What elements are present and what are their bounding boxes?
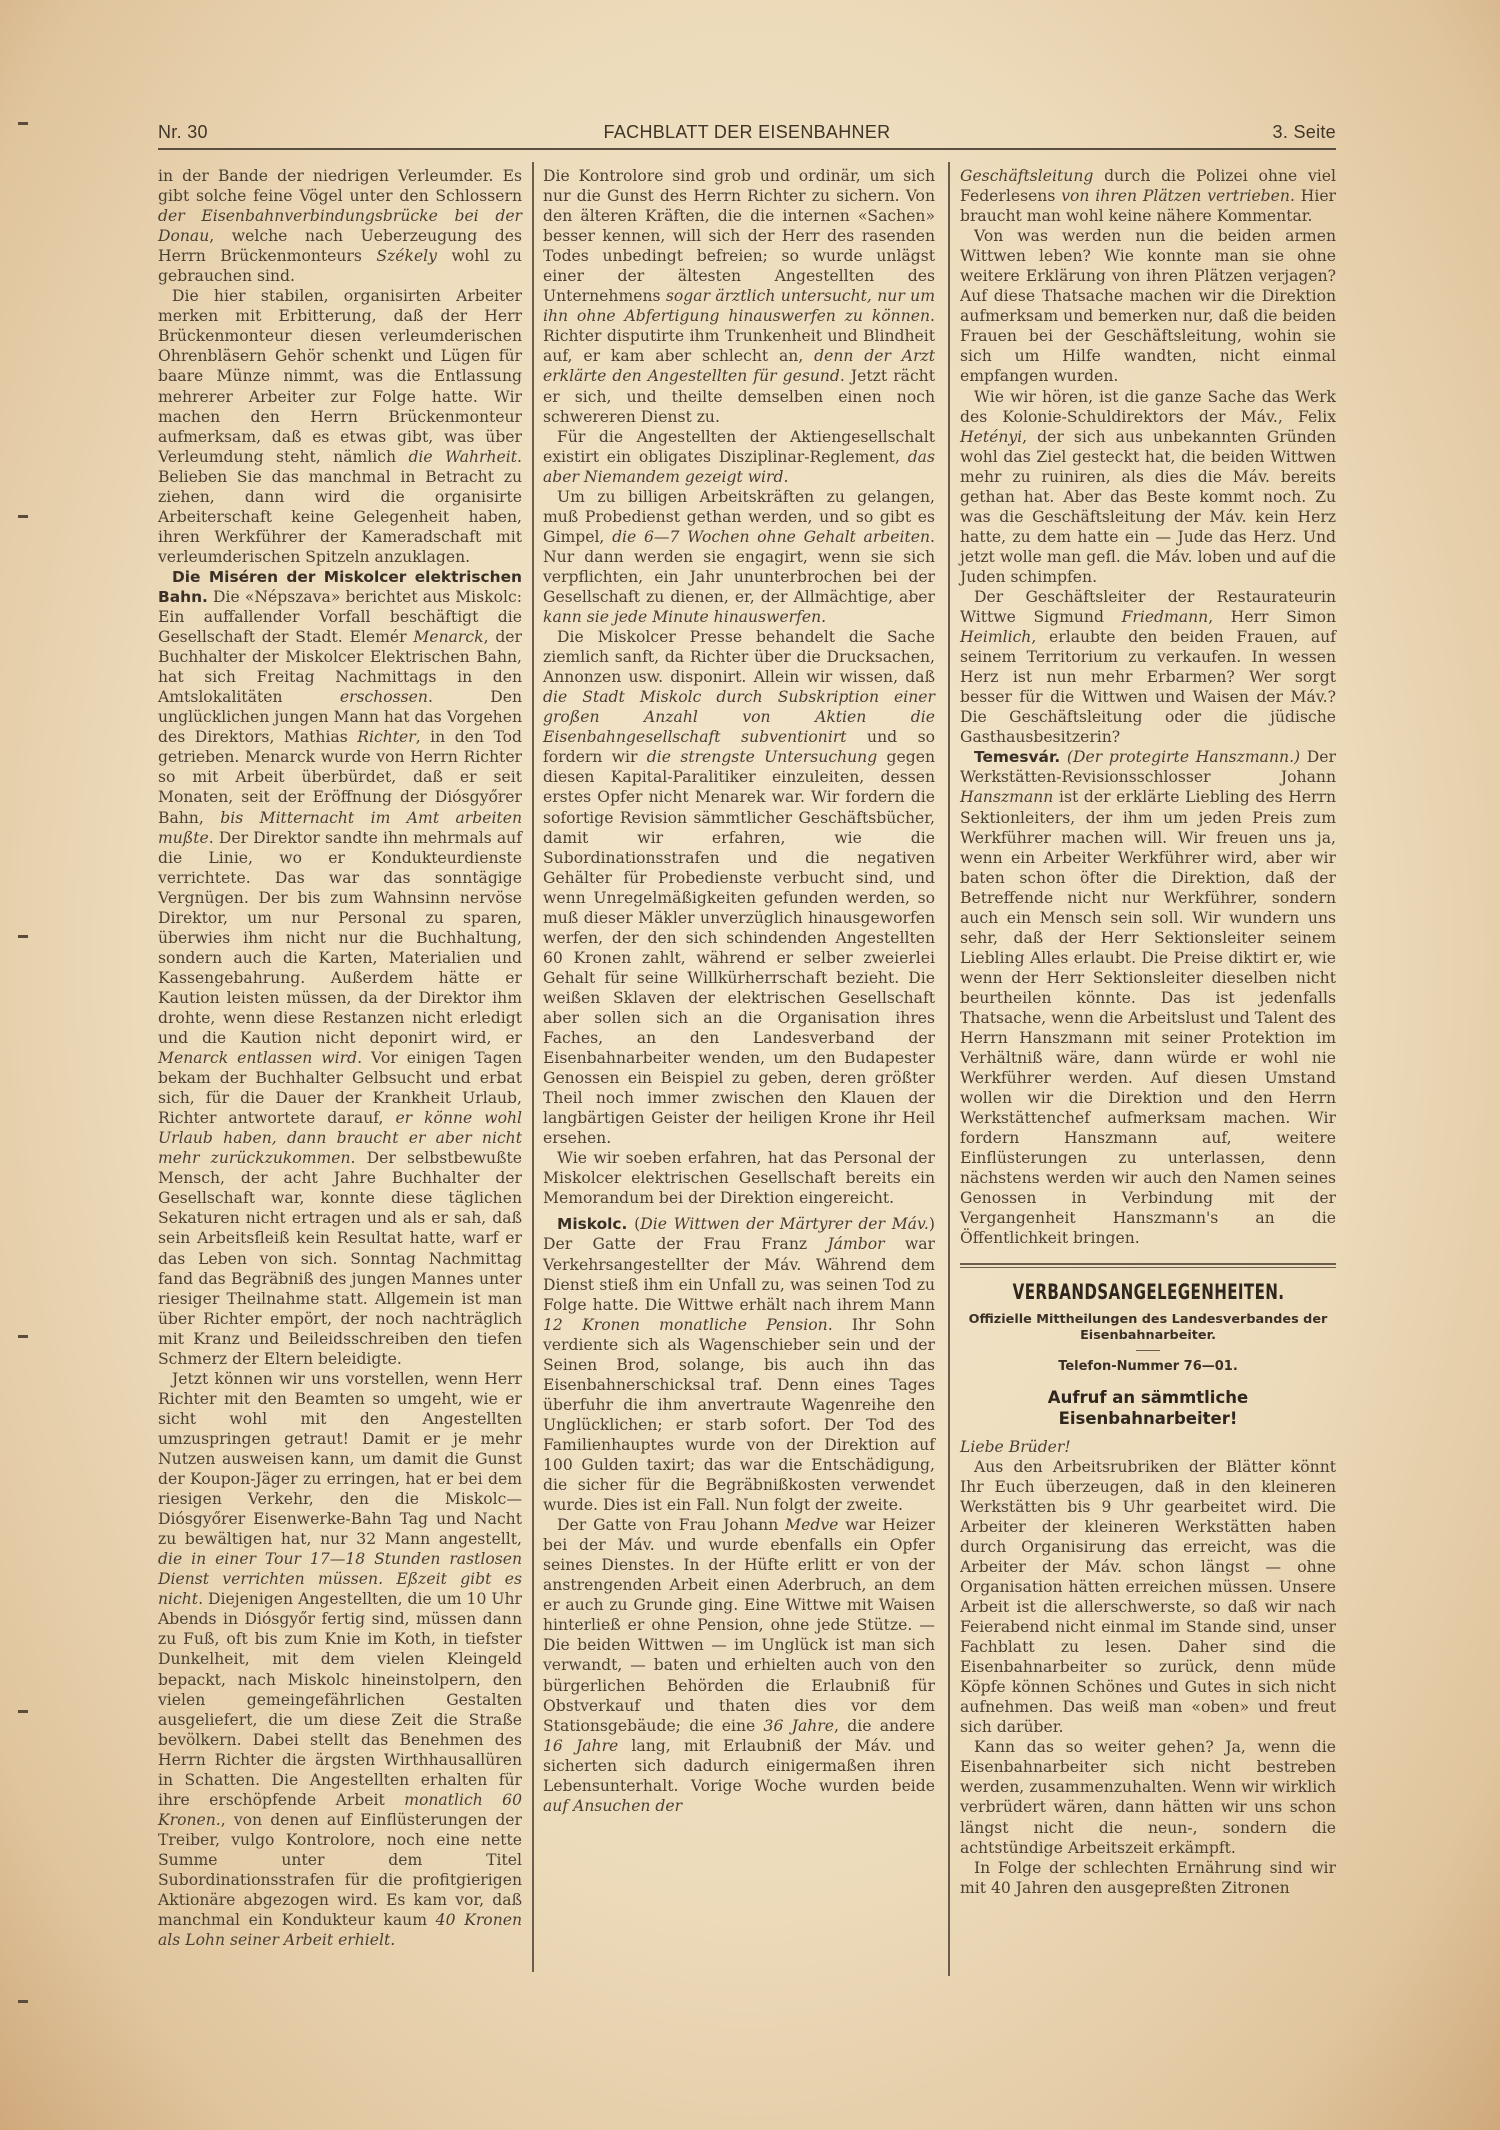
body-text: Die Miskolcer Presse behandelt die Sache… (543, 628, 935, 686)
article-paragraph: Temesvár. (Der protegirte Hanszmann.) De… (960, 747, 1336, 1248)
phone-number: Telefon-Nummer 76—01. (960, 1357, 1336, 1377)
article-column-3: Geschäftsleitung durch die Polizei ohne … (960, 166, 1336, 1898)
newspaper-page: Nr. 30 FACHBLATT DER EISENBAHNER 3. Seit… (0, 0, 1500, 2130)
body-text: , der sich aus unbekannten Gründen wohl … (960, 428, 1336, 586)
article-paragraph: Die hier stabilen, organisirten Arbeiter… (158, 286, 522, 567)
emphasis-text: Richter (357, 728, 415, 746)
body-text: Kann das so weiter gehen? Ja, wenn die E… (960, 1738, 1336, 1856)
appeal-heading: Aufruf an sämmtliche Eisenbahnarbeiter! (960, 1387, 1336, 1429)
emphasis-text: 12 Kronen monatliche Pension (543, 1316, 828, 1334)
article-paragraph: Für die Angestellten der Aktiengesellsch… (543, 427, 935, 487)
article-paragraph: Geschäftsleitung durch die Polizei ohne … (960, 166, 1336, 226)
body-text: , die andere (834, 1717, 935, 1735)
emphasis-text: Medve (785, 1516, 838, 1534)
article-paragraph: Jetzt können wir uns vorstellen, wenn He… (158, 1369, 522, 1950)
body-text: Von was werden nun die beiden armen Witt… (960, 227, 1336, 385)
body-text: Jetzt können wir uns vorstellen, wenn He… (158, 1370, 522, 1548)
emphasis-text: kann sie jede Minute hinauswerfen. (543, 608, 826, 626)
emphasis-text: Hetényi (960, 428, 1022, 446)
article-paragraph: Die Kontrolore sind grob und ordinär, um… (543, 166, 935, 427)
body-text: Wie wir hören, ist die ganze Sache das W… (960, 388, 1336, 426)
section-title: VERBANDSANGELEGENHEITEN. (1013, 1282, 1284, 1302)
emphasis-text: die 6—7 Wochen ohne Gehalt arbeiten (612, 528, 930, 546)
emphasis-text: die Wahrheit (408, 448, 517, 466)
article-paragraph: Wie wir soeben erfahren, hat das Persona… (543, 1148, 935, 1208)
scan-margin-mark (18, 515, 28, 518)
article-heading: Miskolc. (557, 1215, 627, 1233)
article-paragraph: Wie wir hören, ist die ganze Sache das W… (960, 387, 1336, 587)
body-text: in der Bande der niedrigen Verleumder. E… (158, 167, 522, 205)
emphasis-text: die strengste Untersuchung (647, 748, 877, 766)
body-text: Wie wir soeben erfahren, hat das Persona… (543, 1149, 935, 1207)
scan-margin-mark (18, 1710, 28, 1713)
emphasis-text: auf Ansuchen der (543, 1797, 682, 1815)
appeal-body: Aus den Arbeitsrubriken der Blätter könn… (960, 1457, 1336, 1898)
article-paragraph: Der Geschäftsleiter der Restaurateurin W… (960, 587, 1336, 747)
body-text (1060, 748, 1067, 766)
body-text: ist der erklärte Liebling des Herrn Sekt… (960, 788, 1336, 1247)
article-column-2: Die Kontrolore sind grob und ordinär, um… (543, 166, 935, 1816)
column-3-articles: Geschäftsleitung durch die Polizei ohne … (960, 166, 1336, 1249)
emphasis-text: 16 Jahre (543, 1737, 618, 1755)
emphasis-text: Székely (376, 247, 437, 265)
scan-margin-mark (18, 1335, 28, 1338)
body-text: gegen diesen Kapital-Paralitiker einzule… (543, 748, 935, 1147)
emphasis-text: 36 Jahre (764, 1717, 834, 1735)
article-paragraph: In Folge der schlechten Ernährung sind w… (960, 1858, 1336, 1898)
emphasis-text: von ihren Plätzen vertrieben (1061, 187, 1290, 205)
article-paragraph: Von was werden nun die beiden armen Witt… (960, 226, 1336, 386)
emphasis-text: Hanszmann (960, 788, 1053, 806)
scan-margin-mark (18, 122, 28, 125)
article-paragraph: Miskolc. (Die Wittwen der Märtyrer der M… (543, 1214, 935, 1515)
body-text: Für die Angestellten der Aktiengesellsch… (543, 428, 935, 466)
body-text: Die hier stabilen, organisirten Arbeiter… (158, 287, 522, 465)
body-text: . Der selbstbewußte Mensch, der acht Jah… (158, 1149, 522, 1367)
article-paragraph: Die Miskolcer Presse behandelt die Sache… (543, 627, 935, 1148)
scan-margin-mark (18, 935, 28, 938)
body-text: . Ihr Sohn verdiente sich als Wagenschie… (543, 1316, 935, 1514)
article-paragraph: Die Miséren der Miskolcer elektrischen B… (158, 567, 522, 1369)
emphasis-text: Friedmann (1122, 608, 1209, 626)
publication-title: FACHBLATT DER EISENBAHNER (158, 122, 1336, 143)
article-column-1: in der Bande der niedrigen Verleumder. E… (158, 166, 522, 1950)
scan-margin-mark (18, 2000, 28, 2003)
emphasis-text: (Der protegirte Hanszmann.) (1067, 748, 1300, 766)
emphasis-text: Menarck entlassen wird (158, 1049, 357, 1067)
section-subtitle: Offizielle Mittheilungen des Landesverba… (960, 1312, 1336, 1344)
emphasis-text: Menarck (413, 628, 483, 646)
salutation: Liebe Brüder! (960, 1437, 1336, 1457)
column-divider (948, 162, 950, 1976)
article-paragraph: Um zu billigen Arbeitskräften zu gelange… (543, 487, 935, 627)
page-number: 3. Seite (1273, 122, 1336, 143)
short-divider (1136, 1350, 1160, 1351)
emphasis-text: Heimlich (960, 628, 1031, 646)
emphasis-text: Die Wittwen der Märtyrer der Máv. (640, 1215, 929, 1233)
section-divider (960, 1263, 1336, 1268)
article-paragraph: Der Gatte von Frau Johann Medve war Heiz… (543, 1515, 935, 1816)
emphasis-text: erschossen (340, 688, 428, 706)
article-heading: Temesvár. (974, 748, 1060, 766)
column-divider (532, 162, 534, 1972)
emphasis-text: Geschäftsleitung (960, 167, 1093, 185)
page-header: Nr. 30 FACHBLATT DER EISENBAHNER 3. Seit… (158, 118, 1336, 150)
body-text: . Der Direktor sandte ihn mehrmals auf d… (158, 829, 522, 1047)
body-text: Der Gatte von Frau Johann (557, 1516, 785, 1534)
emphasis-text: Jámbor (827, 1235, 884, 1253)
body-text: war Heizer bei der Máv. und wurde ebenfa… (543, 1516, 935, 1734)
body-text: Die Kontrolore sind grob und ordinär, um… (543, 167, 935, 305)
body-text: In Folge der schlechten Ernährung sind w… (960, 1859, 1336, 1897)
article-paragraph: Kann das so weiter gehen? Ja, wenn die E… (960, 1737, 1336, 1857)
body-text: . Diejenigen Angestellten, die um 10 Uhr… (158, 1590, 522, 1808)
body-text: , Herr Simon (1208, 608, 1336, 626)
body-text: Aus den Arbeitsrubriken der Blätter könn… (960, 1458, 1336, 1737)
article-paragraph: in der Bande der niedrigen Verleumder. E… (158, 166, 522, 286)
body-text: ( (627, 1215, 640, 1233)
article-paragraph: Aus den Arbeitsrubriken der Blätter könn… (960, 1457, 1336, 1738)
